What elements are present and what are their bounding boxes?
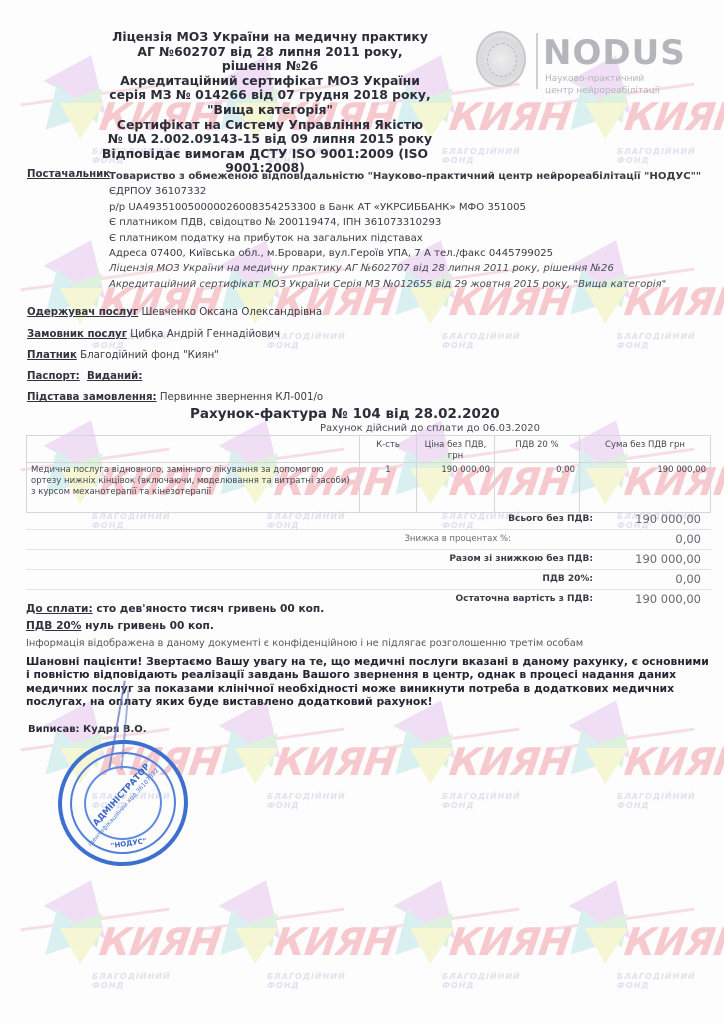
supplier-account: р/р UA493510050000026008354253300 в Банк… [109, 200, 701, 215]
customer-label: Замовник послуг [27, 329, 127, 340]
amount-due-label: До сплати: [26, 603, 93, 615]
supplier-license: Ліцензія МОЗ України на медичну практику… [109, 261, 701, 276]
watermark-shape [410, 288, 454, 324]
watermark-shape [410, 748, 454, 784]
col-description [27, 436, 360, 463]
total-without-vat: Всього без ПДВ: 190 000,00 [26, 510, 711, 530]
header-line: Акредитаційний сертифікат МОЗ України [70, 74, 470, 89]
watermark-shape [208, 901, 268, 954]
supplier-address: Адреса 07400, Київська обл., м.Бровари, … [109, 246, 701, 261]
watermark-beam [21, 908, 170, 932]
invoice-valid-until: Рахунок дійсний до сплати до 06.03.2020 [320, 423, 540, 434]
watermark-shape [585, 288, 629, 324]
watermark-subtitle: БЛАГОДІЙНИЙ ФОНД [617, 972, 715, 990]
kyian-watermark: КИЯНБЛАГОДІЙНИЙ ФОНД [195, 700, 365, 820]
watermark-subtitle: БЛАГОДІЙНИЙ ФОНД [267, 972, 365, 990]
watermark-word: КИЯН [272, 920, 398, 964]
payer-row: Платник Благодійний фонд "Киян" [27, 350, 219, 361]
watermark-shape [208, 721, 268, 774]
watermark-shape [235, 288, 279, 324]
table-header-row: К-сть Ціна без ПДВ, грн ПДВ 20 % Сума бе… [27, 436, 711, 463]
company-stamp: АДМІНІСТРАТОР ідентифікаційний код 36107… [50, 732, 196, 875]
payer-value: Благодійний фонд "Киян" [80, 350, 219, 361]
total-value: 190 000,00 [635, 552, 701, 566]
watermark-shape [245, 722, 292, 768]
watermark-shape [235, 748, 279, 784]
license-header: Ліцензія МОЗ України на медичну практику… [70, 30, 470, 176]
watermark-beam [546, 728, 695, 752]
watermark-shape [60, 288, 104, 324]
watermark-beam [546, 908, 695, 932]
supplier-name: Товариство з обмеженою відповідальністю … [109, 169, 701, 184]
supplier-income-tax: Є платником податку на прибуток на загал… [109, 231, 701, 246]
supplier-label-wrap: Постачальник [27, 169, 110, 180]
col-qty: К-сть [360, 436, 417, 463]
watermark-shape [383, 721, 443, 774]
watermark-shape [585, 928, 629, 964]
total-value: 190 000,00 [635, 592, 701, 606]
kyian-watermark: КИЯНБЛАГОДІЙНИЙ ФОНД [370, 700, 540, 820]
payer-label: Платник [27, 350, 77, 361]
watermark-shape [245, 902, 292, 948]
item-description: Медична послуга відновного, замінного лі… [27, 463, 360, 513]
header-line: Ліцензія МОЗ України на медичну практику [70, 30, 470, 45]
watermark-word: КИЯН [447, 740, 573, 784]
watermark-shape [595, 902, 642, 948]
watermark-shape [60, 928, 104, 964]
basis-value: Первинне звернення КЛ-001/о [160, 392, 323, 403]
kyian-watermark: КИЯНБЛАГОДІЙНИЙ ФОНД [370, 880, 540, 1000]
watermark-subtitle: БЛАГОДІЙНИЙ ФОНД [617, 792, 715, 810]
invoice-title: Рахунок-фактура № 104 від 28.02.2020 [190, 406, 500, 422]
item-qty: 1 [360, 463, 417, 513]
header-line: рішення №26 [70, 59, 470, 74]
header-line: "Вища категорія" [70, 103, 470, 118]
supplier-label: Постачальник [27, 169, 110, 180]
watermark-subtitle: БЛАГОДІЙНИЙ ФОНД [617, 332, 715, 350]
watermark-subtitle: БЛАГОДІЙНИЙ ФОНД [267, 332, 365, 350]
kyian-watermark: КИЯНБЛАГОДІЙНИЙ ФОНД [545, 880, 715, 1000]
watermark-word: КИЯН [272, 740, 398, 784]
total-label: ПДВ 20%: [542, 574, 593, 584]
total-with-discount: Разом зі знижкою без ПДВ: 190 000,00 [26, 550, 711, 570]
kyian-watermark: КИЯНБЛАГОДІЙНИЙ ФОНД [195, 880, 365, 1000]
supplier-details: Товариство з обмеженою відповідальністю … [109, 169, 701, 292]
total-label: Знижка в процентах %: [404, 534, 511, 544]
vat-due: ПДВ 20% нуль гривень 00 коп. [26, 620, 214, 632]
watermark-bird-icon [569, 866, 652, 939]
item-sum: 190 000,00 [580, 463, 711, 513]
watermark-beam [371, 908, 520, 932]
vat-total: ПДВ 20%: 0,00 [26, 570, 711, 590]
recipient-label: Одержувач послуг [27, 307, 138, 318]
watermark-subtitle: БЛАГОДІЙНИЙ ФОНД [442, 332, 540, 350]
customer-value: Цибка Андрій Геннадійович [130, 329, 280, 340]
patient-notice: Шановні пацієнти! Звертаємо Вашу увагу н… [26, 655, 716, 708]
watermark-bird-icon [44, 866, 127, 939]
watermark-shape [420, 902, 467, 948]
watermark-word: КИЯН [97, 920, 223, 964]
recipient-row: Одержувач послуг Шевченко Оксана Олексан… [27, 307, 322, 318]
watermark-shape [595, 722, 642, 768]
watermark-bird-icon [394, 866, 477, 939]
nodus-logo: NODUS Науково-практичний центр нейрореаб… [476, 27, 676, 107]
supplier-vat: Є платником ПДВ, свідоцтво № 200119474, … [109, 215, 701, 230]
recipient-value: Шевченко Оксана Олександрівна [141, 307, 322, 318]
total-value: 0,00 [675, 572, 701, 586]
header-line: № UA 2.002.09143-15 від 09 липня 2015 ро… [70, 132, 470, 147]
kyian-watermark: КИЯНБЛАГОДІЙНИЙ ФОНД [20, 880, 190, 1000]
total-value: 0,00 [675, 532, 701, 546]
watermark-subtitle: БЛАГОДІЙНИЙ ФОНД [267, 792, 365, 810]
watermark-shape [33, 901, 93, 954]
watermark-subtitle: БЛАГОДІЙНИЙ ФОНД [92, 972, 190, 990]
customer-row: Замовник послуг Цибка Андрій Геннадійови… [27, 329, 280, 340]
watermark-word: КИЯН [622, 920, 724, 964]
col-price: Ціна без ПДВ, грн [417, 436, 495, 463]
col-vat: ПДВ 20 % [495, 436, 580, 463]
watermark-shape [558, 721, 618, 774]
vat-due-label: ПДВ 20% [26, 620, 81, 632]
amount-due: До сплати: сто дев'яносто тисяч гривень … [26, 603, 324, 615]
watermark-subtitle: БЛАГОДІЙНИЙ ФОНД [442, 792, 540, 810]
watermark-shape [558, 901, 618, 954]
header-line: АГ №602707 від 28 липня 2011 року, [70, 45, 470, 60]
amount-due-words: сто дев'яносто тисяч гривень 00 коп. [96, 603, 324, 615]
confidentiality-note: Інформація відображена в даному документ… [26, 638, 583, 649]
watermark-shape [585, 103, 629, 139]
watermark-subtitle: БЛАГОДІЙНИЙ ФОНД [617, 147, 715, 165]
watermark-beam [196, 728, 345, 752]
basis-label: Підстава замовлення: [27, 392, 157, 403]
logo-name: NODUS [543, 33, 686, 73]
logo-divider [536, 33, 538, 89]
watermark-shape [420, 722, 467, 768]
discount-percent: Знижка в процентах %: 0,00 [26, 530, 711, 550]
passport-row: Паспорт: Виданий: [27, 371, 142, 382]
basis-row: Підстава замовлення: Первинне звернення … [27, 392, 323, 403]
watermark-shape [383, 901, 443, 954]
logo-subtitle: Науково-практичний центр нейрореабілітац… [545, 73, 660, 97]
supplier-accreditation: Акредитаційний сертифікат МОЗ України Се… [109, 277, 701, 292]
emblem-seal-icon [476, 31, 526, 87]
watermark-beam [371, 728, 520, 752]
table-row: Медична послуга відновного, замінного лі… [27, 463, 711, 513]
watermark-shape [585, 748, 629, 784]
watermark-subtitle: БЛАГОДІЙНИЙ ФОНД [442, 972, 540, 990]
header-line: серія МЗ № 014266 від 07 грудня 2018 рок… [70, 88, 470, 103]
item-vat: 0,00 [495, 463, 580, 513]
total-value: 190 000,00 [635, 512, 701, 526]
watermark-word: КИЯН [622, 740, 724, 784]
logo-subtitle-line: центр нейрореабілітації [545, 85, 660, 97]
header-line: Сертифікат на Систему Управління Якістю [70, 118, 470, 133]
item-price: 190 000,00 [417, 463, 495, 513]
watermark-shape [70, 902, 117, 948]
watermark-shape [410, 928, 454, 964]
col-sum: Сума без ПДВ грн [580, 436, 711, 463]
total-label: Остаточна вартість з ПДВ: [455, 594, 593, 604]
supplier-edrpou: ЄДРПОУ 36107332 [109, 184, 701, 199]
passport-label: Паспорт: [27, 371, 80, 382]
watermark-shape [235, 928, 279, 964]
issued-label: Виданий: [87, 371, 142, 382]
logo-subtitle-line: Науково-практичний [545, 73, 660, 85]
watermark-bird-icon [219, 866, 302, 939]
watermark-word: КИЯН [447, 920, 573, 964]
watermark-beam [196, 908, 345, 932]
total-label: Всього без ПДВ: [508, 514, 593, 524]
kyian-watermark: КИЯНБЛАГОДІЙНИЙ ФОНД [545, 700, 715, 820]
items-table: К-сть Ціна без ПДВ, грн ПДВ 20 % Сума бе… [26, 435, 711, 513]
total-label: Разом зі знижкою без ПДВ: [449, 554, 593, 564]
vat-due-words: нуль гривень 00 коп. [85, 620, 214, 632]
issued-by: Виписав: Кудря В.О. [28, 724, 147, 735]
